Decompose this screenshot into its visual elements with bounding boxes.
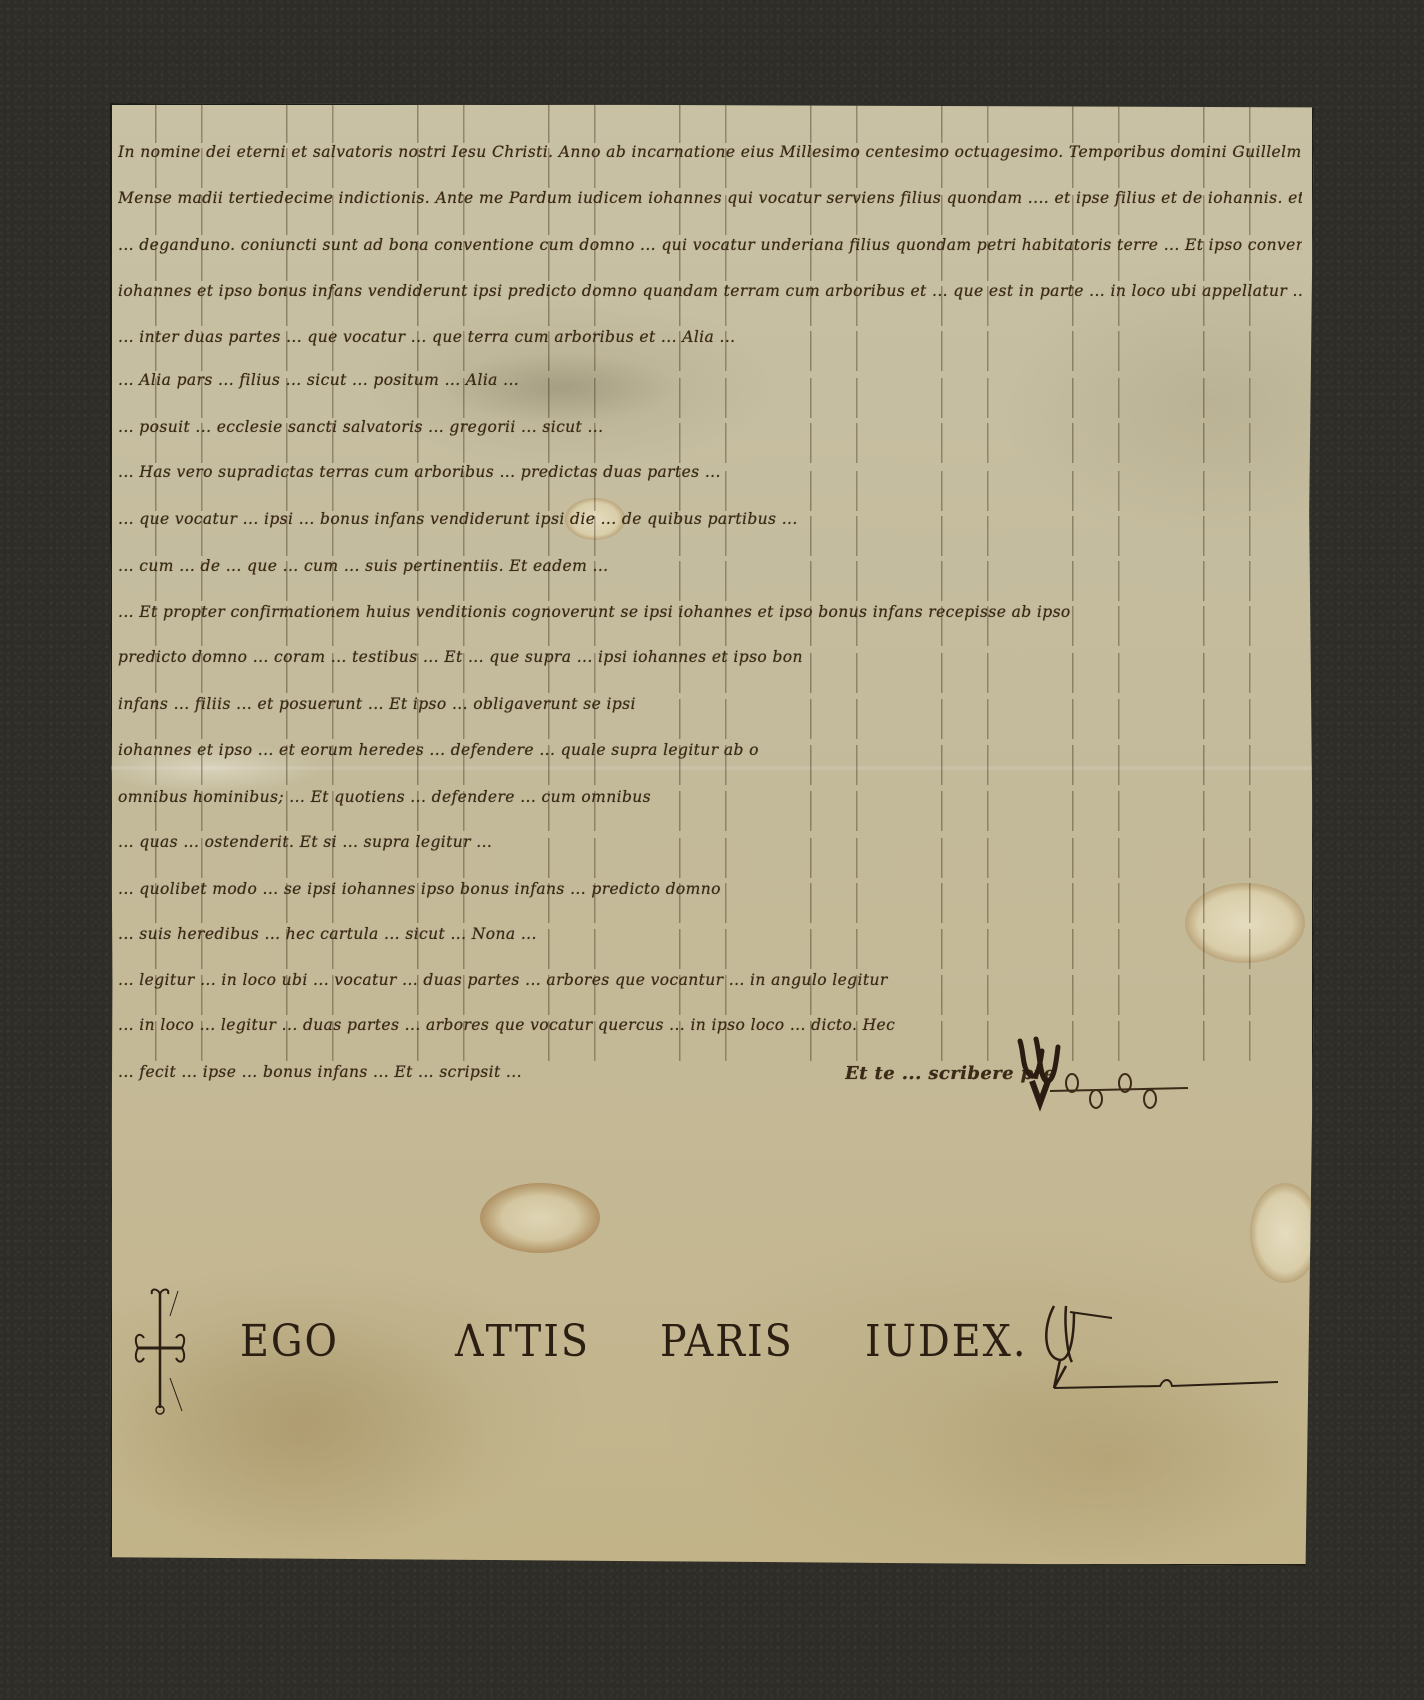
subscription-word-paris: PARIS (660, 1316, 794, 1367)
judge-subscription: EGO ΛTTIS PARIS IUDEX. (110, 1278, 1314, 1398)
judge-signum-icon (1040, 1298, 1280, 1408)
worn-spot-bottom-right (1250, 1183, 1320, 1283)
cross-signum-icon (130, 1286, 190, 1416)
worn-spot-bottom-center (480, 1183, 600, 1253)
subscription-word-iudex: IUDEX. (865, 1316, 1027, 1367)
notarial-signum-icon (1010, 1033, 1190, 1123)
subscription-word-name: ΛTTIS (455, 1316, 590, 1367)
parchment-charter: In nomine dei eterni et salvatoris nostr… (110, 103, 1314, 1566)
subscription-word-ego: EGO (240, 1316, 339, 1367)
